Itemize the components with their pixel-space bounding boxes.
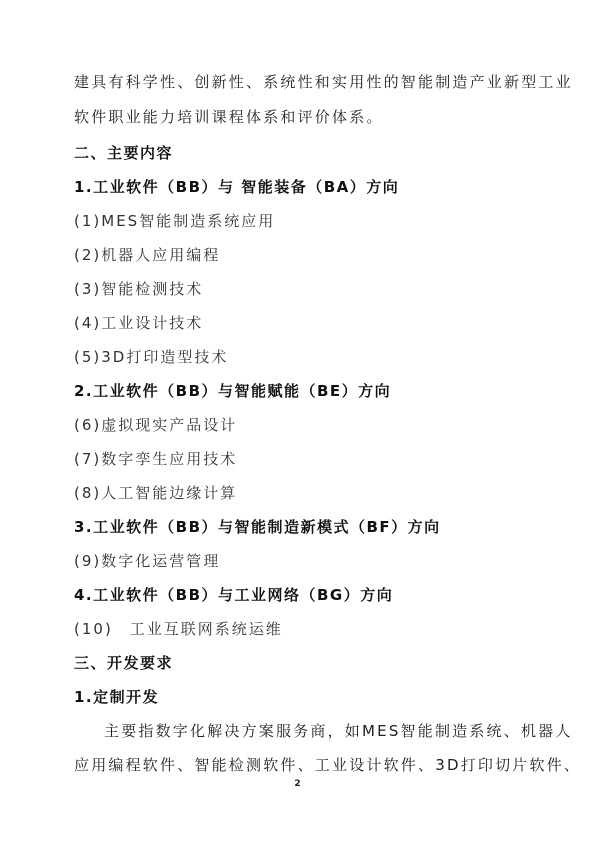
list-item-1: (1)MES智能制造系统应用 xyxy=(74,211,275,231)
list-item-7: (7)数字孪生应用技术 xyxy=(74,449,237,469)
section-heading-main-content: 二、主要内容 xyxy=(74,143,173,163)
intro-line-2: 软件职业能力培训课程体系和评价体系。 xyxy=(74,107,384,127)
list-item-10: (10) 工业互联网系统运维 xyxy=(74,619,283,639)
list-item-5: (5)3D打印造型技术 xyxy=(74,347,228,367)
paragraph-line-2: 应用编程软件、智能检测软件、工业设计软件、3D打印切片软件、 xyxy=(74,755,581,775)
paragraph-line-1: 主要指数字化解决方案服务商，如MES智能制造系统、机器人 xyxy=(104,721,573,741)
list-item-8: (8)人工智能边缘计算 xyxy=(74,483,237,503)
sub-heading-custom-dev: 1.定制开发 xyxy=(74,687,159,707)
section-heading-dev-requirements: 三、开发要求 xyxy=(74,653,173,673)
list-item-2: (2)机器人应用编程 xyxy=(74,245,220,265)
list-item-9: (9)数字化运营管理 xyxy=(74,551,220,571)
group-title-2: 2.工业软件（BB）与智能赋能（BE）方向 xyxy=(74,381,391,401)
page-number: 2 xyxy=(0,779,595,789)
group-title-4: 4.工业软件（BB）与工业网络（BG）方向 xyxy=(74,585,393,605)
list-item-4: (4)工业设计技术 xyxy=(74,313,203,333)
intro-line-1: 建具有科学性、创新性、系统性和实用性的智能制造产业新型工业 xyxy=(74,72,573,92)
list-item-3: (3)智能检测技术 xyxy=(74,279,203,299)
group-title-3: 3.工业软件（BB）与智能制造新模式（BF）方向 xyxy=(74,517,441,537)
list-item-6: (6)虚拟现实产品设计 xyxy=(74,415,237,435)
group-title-1: 1.工业软件（BB）与 智能装备（BA）方向 xyxy=(74,177,399,197)
